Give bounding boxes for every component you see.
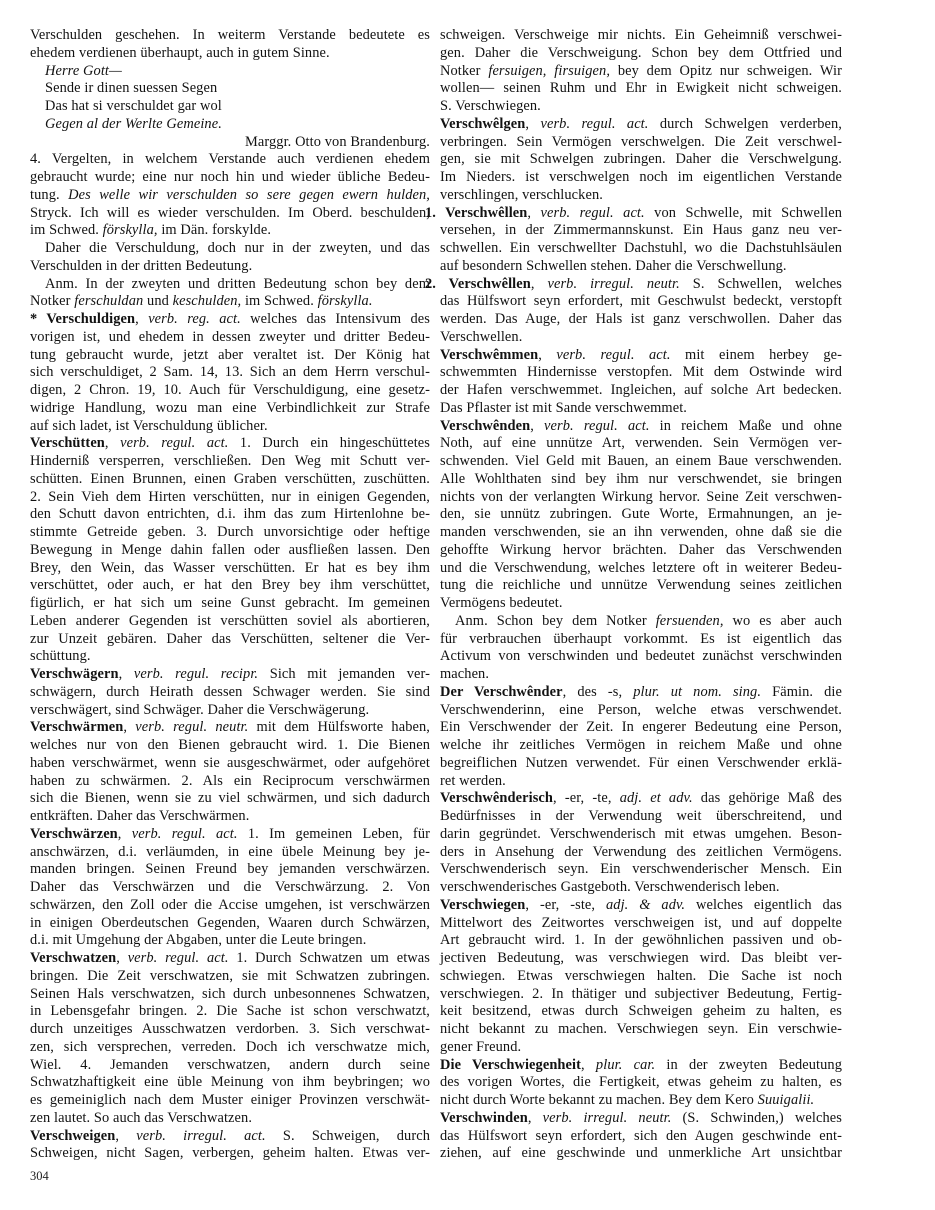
text-line: Alle Wohlthaten sind bey ihm nur verschw… xyxy=(440,471,842,489)
text-line: versehen, in der Zimmermannskunst. Ein H… xyxy=(440,222,842,240)
left-column: Verschulden geschehen. In weiterm Versta… xyxy=(30,27,430,1163)
text-line: darin gegründet. Verschwenderisch mit et… xyxy=(440,826,842,844)
text-line: ders in Ansehung der Verwendung des zeit… xyxy=(440,844,842,862)
text-line: ehedem verdienen überhaupt, auch in gute… xyxy=(30,45,430,63)
text-line: Verschwärzen, verb. regul. act. 1. Im ge… xyxy=(30,826,430,844)
text-line: Ein Verschwender der Zeit. In engerer Be… xyxy=(440,719,842,737)
text-line: Anm. In der zweyten und dritten Bedeutun… xyxy=(30,276,430,294)
text-line: Gegen al der Werlte Gemeine. xyxy=(30,116,430,134)
text-line: den, sie unnütz zubringen. Gute Worte, E… xyxy=(440,506,842,524)
text-line: manden bringen. Seinen Freund bey jemand… xyxy=(30,861,430,879)
text-line: Herre Gott— xyxy=(30,63,430,81)
text-line: verschwiegen. 2. In thätiger und subject… xyxy=(440,986,842,1004)
text-line: Im Nieders. ist verschwelgen noch im eig… xyxy=(440,169,842,187)
text-line: und die Verschwendung, welches letztere … xyxy=(440,560,842,578)
text-line: Bewegung in Menge dahin fallen oder ausf… xyxy=(30,542,430,560)
text-line: der Hafen verschwemmet. Ingleichen, auf … xyxy=(440,382,842,400)
text-line: des vorigen Wortes, die Fertigkeit, etwa… xyxy=(440,1074,842,1092)
text-line: schwenden. Viel Geld mit Bauen, an einem… xyxy=(440,453,842,471)
text-line: Stryck. Ich will es wieder verschulden. … xyxy=(30,205,430,223)
text-line: welche ihr zeitliches Vermögen in reiche… xyxy=(440,737,842,755)
text-line: Notker ferschuldan und keschulden, im Sc… xyxy=(30,293,430,311)
text-line: tung gebraucht wurde, jetzt aber veralte… xyxy=(30,347,430,365)
text-line: schütten. Einen Brunnen, einen Graben ve… xyxy=(30,471,430,489)
text-line: 4. Vergelten, in welchem Verstande auch … xyxy=(30,151,430,169)
text-line: durch unzeitiges Ausschwatzen verdorben.… xyxy=(30,1021,430,1039)
text-line: gen. Daher die Verschweigung. Schon bey … xyxy=(440,45,842,63)
text-line: zur Unzeit gebären. Daher das Verschütte… xyxy=(30,631,430,649)
text-line: in Lebensgefahr bringen. 2. Die Sache is… xyxy=(30,1003,430,1021)
text-line: Vermögens bedeutet. xyxy=(440,595,842,613)
text-line: haben zu schwärmen. 2. Als ein Reciprocu… xyxy=(30,773,430,791)
text-line: gebraucht wurde; eine nur noch hin und w… xyxy=(30,169,430,187)
text-line: welches nur von den Bienen gebraucht wir… xyxy=(30,737,430,755)
text-line: 1. Verschwêllen, verb. regul. act. von S… xyxy=(425,205,842,223)
text-line: zen lautet. So auch das Verschwatzen. xyxy=(30,1110,430,1128)
text-line: Das hat si verschuldet gar wol xyxy=(30,98,430,116)
text-line: Verschwenderisch seyn. Ein verschwenderi… xyxy=(440,861,842,879)
text-line: Schweigen, nicht Sagen, verbergen, gehei… xyxy=(30,1145,430,1163)
text-line: gen, sie mit Schwelgen zubringen. Daher … xyxy=(440,151,842,169)
text-line: gehoffte Wirkung hervor brächten. Daher … xyxy=(440,542,842,560)
text-line: sich die Bienen, wenn sie zu viel schwär… xyxy=(30,790,430,808)
text-line: Verschwellen. xyxy=(440,329,842,347)
text-line: verschlingen, verschlucken. xyxy=(440,187,842,205)
text-line: machen. xyxy=(440,666,842,684)
text-line: schwiegen. Etwas verschwiegen halten. Di… xyxy=(440,968,842,986)
text-line: Verschwenderinn, eine Person, welche etw… xyxy=(440,702,842,720)
text-line: schüttung. xyxy=(30,648,430,666)
text-line: schweigen. Verschweige mir nichts. Ein G… xyxy=(440,27,842,45)
text-line: verschüttet, oder auch, er hat den Brey … xyxy=(30,577,430,595)
text-line: Hinderniß versperren, verschließen. Den … xyxy=(30,453,430,471)
text-line: auf sich ladet, ist Verschuldung übliche… xyxy=(30,418,430,436)
dictionary-page: Verschulden geschehen. In weiterm Versta… xyxy=(0,0,935,1210)
text-line: nichts von der verlangten Wirkung hervor… xyxy=(440,489,842,507)
text-line: schwemmten Hindernisse verstopfen. Mit d… xyxy=(440,364,842,382)
text-line: Die Verschwiegenheit, plur. car. in der … xyxy=(440,1057,842,1075)
text-line: Mittelwort des Zeitwortes verschweigen i… xyxy=(440,915,842,933)
text-line: zen, sich versprechen, verreden. Doch ic… xyxy=(30,1039,430,1057)
right-column: schweigen. Verschweige mir nichts. Ein G… xyxy=(440,27,842,1163)
text-line: Verschwiegen, -er, -ste, adj. & adv. wel… xyxy=(440,897,842,915)
text-line: anschwärzen, d.i. verläumden, in eine üb… xyxy=(30,844,430,862)
text-line: d.i. mit Umgehung der Abgaben, unter die… xyxy=(30,932,430,950)
text-line: jectiven Bedeutung, was verschwiegen wir… xyxy=(440,950,842,968)
text-line: für verbrauchen überhaupt vorkommt. Es i… xyxy=(440,631,842,649)
text-line: wollen— seinen Ruhm und Ehr in Ewigkeit … xyxy=(440,80,842,98)
text-line: tung. Des welle wir verschulden so sere … xyxy=(30,187,430,205)
text-line: tung die reichliche und unnütze Verwendu… xyxy=(440,577,842,595)
text-line: digen, 2 Chron. 19, 10. Auch für Verschu… xyxy=(30,382,430,400)
text-line: Verschwêlgen, verb. regul. act. durch Sc… xyxy=(440,116,842,134)
text-line: 2. Sein Vieh dem Hirten verschütten, nur… xyxy=(30,489,430,507)
text-line: es gemeiniglich nach dem Muster einiger … xyxy=(30,1092,430,1110)
text-line: Anm. Schon bey dem Notker fersuenden, wo… xyxy=(440,613,842,631)
text-line: schwärzen, den Zoll oder die Accise umge… xyxy=(30,897,430,915)
text-line: bringen. Die Zeit verschwatzen, sie mit … xyxy=(30,968,430,986)
text-line: Brey, den Wein, das Wasser verschütten. … xyxy=(30,560,430,578)
text-line: widrige Handlung, wozu man eine Verbindl… xyxy=(30,400,430,418)
text-line: keit besitzend, etwas durch Schweigen ge… xyxy=(440,1003,842,1021)
text-line: Verschulden in der dritten Bedeutung. xyxy=(30,258,430,276)
text-line: Verschwênderisch, -er, -te, adj. et adv.… xyxy=(440,790,842,808)
text-line: Marggr. Otto von Brandenburg. xyxy=(30,134,430,152)
text-line: Verschwägern, verb. regul. recipr. Sich … xyxy=(30,666,430,684)
text-line: den Schutt davon entrichten, d.i. ihm da… xyxy=(30,506,430,524)
text-line: schwägern, durch Heirath dessen Schwager… xyxy=(30,684,430,702)
text-line: entkräften. Daher das Verschwärmen. xyxy=(30,808,430,826)
text-line: verschwenderisches Gastgeboth. Verschwen… xyxy=(440,879,842,897)
text-line: Art gebraucht wird. 1. In der gewöhnlich… xyxy=(440,932,842,950)
text-line: sich verschuldiget, 2 Sam. 14, 13. Sich … xyxy=(30,364,430,382)
text-line: das Hülfswort seyn erfordert, mit Geschw… xyxy=(440,293,842,311)
text-line: werden. Das Auge, der Hals ist ganz vers… xyxy=(440,311,842,329)
text-line: Verschwärmen, verb. regul. neutr. mit de… xyxy=(30,719,430,737)
text-line: Das Pflaster ist mit Sande verschwemmet. xyxy=(440,400,842,418)
text-line: Notker fersuigen, firsuigen, bey dem Opi… xyxy=(440,63,842,81)
text-line: 2. Verschwêllen, verb. irregul. neutr. S… xyxy=(425,276,842,294)
text-line: verbringen. Sein Vermögen verschwelgen. … xyxy=(440,134,842,152)
text-line: Activum von verschwinden und bedeutet zu… xyxy=(440,648,842,666)
text-line: Verschwatzen, verb. regul. act. 1. Durch… xyxy=(30,950,430,968)
text-line: verschwägert, sind Schwäger. Daher die V… xyxy=(30,702,430,720)
text-line: ziehen, auf eine geschwinde und unmerkli… xyxy=(440,1145,842,1163)
text-line: im Schwed. förskylla, im Dän. forskylde. xyxy=(30,222,430,240)
text-line: das Hülfswort seyn erfordert, sich den A… xyxy=(440,1128,842,1146)
text-line: Verschulden geschehen. In weiterm Versta… xyxy=(30,27,430,45)
text-line: Leben anderer Gegenden ist verschütten s… xyxy=(30,613,430,631)
text-line: Seinen Hals verschwatzen, sich durch unb… xyxy=(30,986,430,1004)
text-line: Verschütten, verb. regul. act. 1. Durch … xyxy=(30,435,430,453)
text-line: Wiel. 4. Jemanden verschwatzen, andern d… xyxy=(30,1057,430,1075)
text-line: Sende ir dinen suessen Segen xyxy=(30,80,430,98)
text-line: Bedürfnisses in der Verwendung weit über… xyxy=(440,808,842,826)
text-line: * Verschuldigen, verb. reg. act. welches… xyxy=(30,311,430,329)
text-line: Verschwênden, verb. regul. act. in reich… xyxy=(440,418,842,436)
text-line: nicht durch Worte bekannt zu machen. Bey… xyxy=(440,1092,842,1110)
text-line: manden verschwenden, sie an ihn verwende… xyxy=(440,524,842,542)
text-line: figürlich, er hat sich um seine Gunst ge… xyxy=(30,595,430,613)
text-line: ret werden. xyxy=(440,773,842,791)
text-line: Daher das Verschwärzen und die Verschwär… xyxy=(30,879,430,897)
text-line: haben verschwärmet, wenn sie ausgeschwär… xyxy=(30,755,430,773)
text-line: gener Freund. xyxy=(440,1039,842,1057)
text-line: Verschweigen, verb. irregul. act. S. Sch… xyxy=(30,1128,430,1146)
text-line: Daher die Verschuldung, doch nur in der … xyxy=(30,240,430,258)
text-line: S. Verschwiegen. xyxy=(440,98,842,116)
text-line: Schwatzhaftigkeit eine üble Meinung von … xyxy=(30,1074,430,1092)
text-line: begreiflichen Nutzen verwendet. Für eine… xyxy=(440,755,842,773)
text-line: stimmte Getreide geben. 3. Durch unvorsi… xyxy=(30,524,430,542)
text-line: Noth, auf eine unnütze Art, verwenden. S… xyxy=(440,435,842,453)
text-line: Der Verschwênder, des -s, plur. ut nom. … xyxy=(440,684,842,702)
text-line: Verschwinden, verb. irregul. neutr. (S. … xyxy=(440,1110,842,1128)
text-line: schwellen. Ein verschwellter Dachstuhl, … xyxy=(440,240,842,258)
text-line: auf besondern Schwellen stehen. Daher di… xyxy=(440,258,842,276)
text-line: in einigen Oberdeutschen Gegenden, Waare… xyxy=(30,915,430,933)
text-line: nicht bekannt zu machen. Verschwiegen se… xyxy=(440,1021,842,1039)
text-line: vorigen ist, und ehedem in dessen zweyte… xyxy=(30,329,430,347)
text-line: Verschwêmmen, verb. regul. act. mit eine… xyxy=(440,347,842,365)
page-number: 304 xyxy=(30,1169,49,1184)
